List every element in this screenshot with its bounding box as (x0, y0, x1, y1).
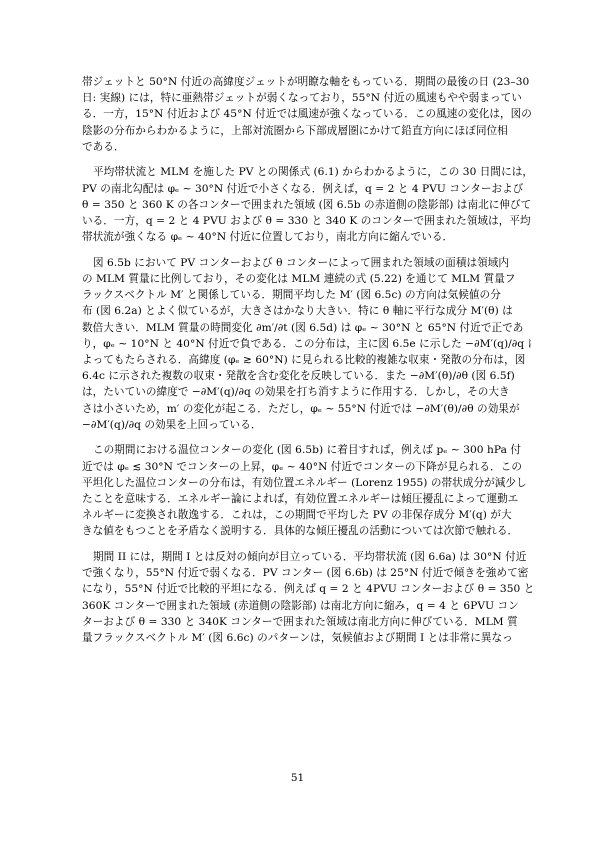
paragraph-5: 期間 II には，期間 I とは反対の傾向が目立っている．平均帯状流 (図 6.… (82, 549, 532, 646)
text-line: θ = 350 と 360 K の各コンターで囲まれた領域 (図 6.5b の赤… (82, 197, 532, 213)
text-line: さは小さいため，m′ の変化が起こる．ただし，φₑ ∼ 55°N 付近では −∂… (82, 401, 532, 417)
text-line: り，φₑ ∼ 10°N と 40°N 付近で負である．この分布は，主に図 6.5… (82, 336, 532, 352)
text-line: る．一方，15°N 付近および 45°N 付近では風速が強くなっている．この風速… (82, 106, 532, 122)
text-line: 近では φₑ ≲ 30°N でコンターの上昇，φₑ ∼ 40°N 付近でコンター… (82, 459, 532, 475)
text-line: 量フラックスベクトル M′ (図 6.6c) のパターンは，気候値および期間 I… (82, 630, 532, 646)
text-line: ラックスベクトル M′ と関係している．期間平均した M′ (図 6.5c) の… (82, 287, 532, 303)
document-body: 帯ジェットと 50°N 付近の高緯度ジェットが明瞭な軸をもっている．期間の最後の… (82, 74, 532, 656)
text-line: である． (82, 139, 532, 155)
text-line: 数倍大きい．MLM 質量の時間変化 ∂m′/∂t (図 6.5d) は φₑ ∼… (82, 320, 532, 336)
text-line: で強くなり，55°N 付近で弱くなる．PV コンター (図 6.6b) は 25… (82, 565, 532, 581)
text-line: 帯ジェットと 50°N 付近の高緯度ジェットが明瞭な軸をもっている．期間の最後の… (82, 74, 532, 90)
text-line: いる．一方，q = 2 と 4 PVU および θ = 330 と 340 K … (82, 213, 532, 229)
paragraph-3: 図 6.5b において PV コンターおよび θ コンターによって囲まれた領域の… (82, 255, 532, 433)
page-number: 51 (0, 772, 595, 784)
text-line: 期間 II には，期間 I とは反対の傾向が目立っている．平均帯状流 (図 6.… (82, 549, 532, 565)
text-line: になり，55°N 付近で比較的平坦になる．例えば q = 2 と 4PVU コン… (82, 581, 532, 597)
paragraph-2: 平均帯状流と MLM を施した PV との関係式 (6.1) からわかるように，… (82, 164, 532, 245)
text-line: 日: 実線) には，特に亜熱帯ジェットが弱くなっており，55°N 付近の風速もや… (82, 90, 532, 106)
text-line: ネルギーに変換され散逸する．これは，この期間で平均した PV の非保存成分 M′… (82, 507, 532, 523)
text-line: きな値をもつことを矛盾なく説明する．具体的な傾圧擾乱の活動については次節で触れる… (82, 523, 532, 539)
text-line: 帯状流が強くなる φₑ ∼ 40°N 付近に位置しており，南北方向に縮んでいる． (82, 229, 532, 245)
text-line: 平坦化した温位コンターの分布は，有効位置エネルギー (Lorenz 1955) … (82, 475, 532, 491)
text-line: PV の南北勾配は φₑ ∼ 30°N 付近で小さくなる．例えば，q = 2 と… (82, 181, 532, 197)
text-line: 布 (図 6.2a) とよく似ているが，大きさはかなり大きい．特に θ 軸に平行… (82, 303, 532, 319)
text-line: の MLM 質量に比例しており，その変化は MLM 連続の式 (5.22) を通… (82, 271, 532, 287)
text-line: −∂M′(q)/∂q の効果を上回っている． (82, 417, 532, 433)
text-line: よってもたらされる．高緯度 (φₑ ≳ 60°N) に見られる比較的複雑な収束・… (82, 352, 532, 368)
text-line: この期間における温位コンターの変化 (図 6.5b) に着目すれば，例えば pₑ… (82, 442, 532, 458)
text-line: 平均帯状流と MLM を施した PV との関係式 (6.1) からわかるように，… (82, 164, 532, 180)
text-line: 360K コンターで囲まれた領域 (赤道側の陰影部) は南北方向に縮み，q = … (82, 598, 532, 614)
text-line: 陰影の分布からわかるように，上部対流圏から下部成層圏にかけて鉛直方向にほぼ同位相 (82, 123, 532, 139)
text-line: は，たいていの緯度で −∂M′(q)/∂q の効果を打ち消すように作用する．しか… (82, 384, 532, 400)
paragraph-4: この期間における温位コンターの変化 (図 6.5b) に着目すれば，例えば pₑ… (82, 442, 532, 539)
text-line: 図 6.5b において PV コンターおよび θ コンターによって囲まれた領域の… (82, 255, 532, 271)
text-line: 6.4c に示された複数の収束・発散を含む変化を反映している．また −∂M′(θ… (82, 368, 532, 384)
text-line: ターおよび θ = 330 と 340K コンターで囲まれた領域は南北方向に伸び… (82, 614, 532, 630)
text-line: たことを意味する．エネルギー論によれば，有効位置エネルギーは傾圧擾乱によって運動… (82, 491, 532, 507)
paragraph-1: 帯ジェットと 50°N 付近の高緯度ジェットが明瞭な軸をもっている．期間の最後の… (82, 74, 532, 155)
